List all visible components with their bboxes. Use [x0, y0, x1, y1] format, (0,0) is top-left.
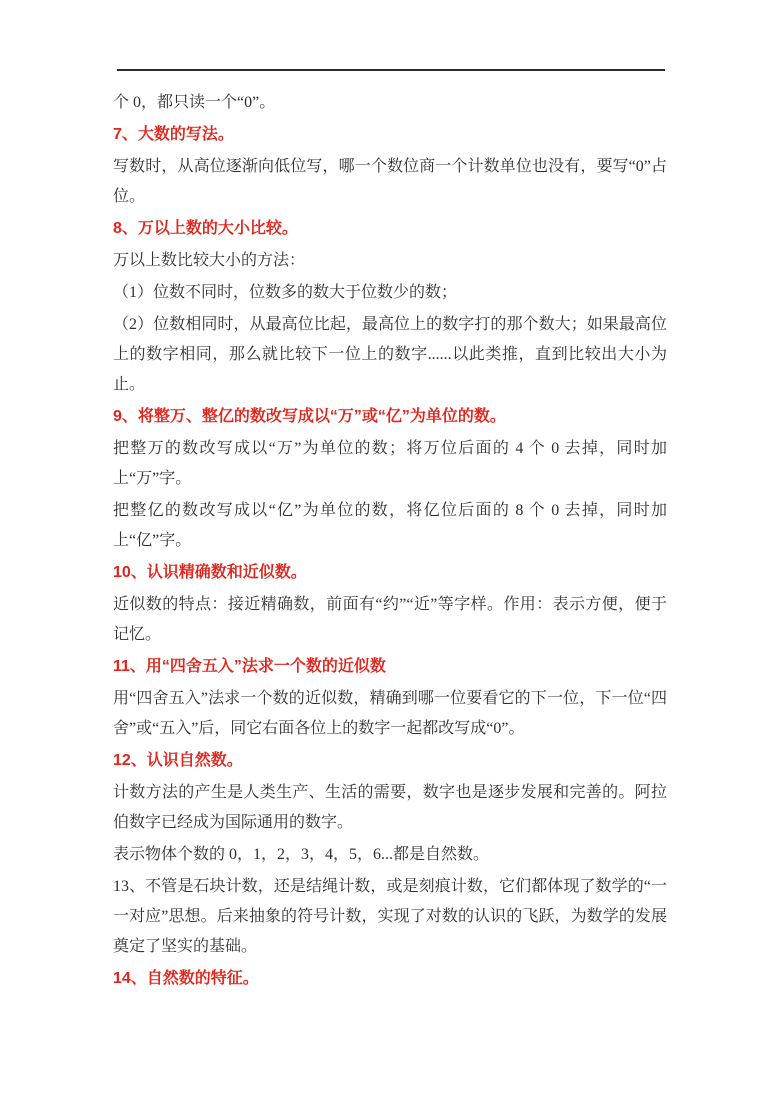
para-compare-rule-1: （1）位数不同时，位数多的数大于位数少的数；	[113, 278, 667, 308]
para-rounding-method: 用“四舍五入”法求一个数的近似数，精确到哪一位要看它的下一位，下一位“四舍”或“…	[113, 684, 667, 744]
document-page: 个 0，都只读一个“0”。 7、大数的写法。 写数时，从高位逐渐向低位写，哪一个…	[0, 0, 780, 1103]
para-approximate-numbers: 近似数的特点：接近精确数，前面有“约”“近”等字样。作用：表示方便，便于记忆。	[113, 590, 667, 650]
para-natural-numbers-list: 表示物体个数的 0，1，2，3，4，5，6...都是自然数。	[113, 840, 667, 870]
para-counting-history: 13、不管是石块计数，还是结绳计数，或是刻痕计数，它们都体现了数学的“一一对应”…	[113, 872, 667, 962]
heading-section-12: 12、认识自然数。	[113, 746, 667, 776]
para-compare-rule-2: （2）位数相同时，从最高位比起，最高位上的数字打的那个数大；如果最高位上的数字相…	[113, 310, 667, 400]
heading-section-14: 14、自然数的特征。	[113, 964, 667, 994]
top-divider	[117, 69, 665, 71]
para-rewrite-wan: 把整万的数改写成以“万”为单位的数；将万位后面的 4 个 0 去掉，同时加上“万…	[113, 434, 667, 494]
para-writing-big-numbers: 写数时，从高位逐渐向低位写，哪一个数位商一个计数单位也没有，要写“0”占位。	[113, 152, 667, 212]
heading-section-10: 10、认识精确数和近似数。	[113, 558, 667, 588]
para-rewrite-yi: 把整亿的数改写成以“亿”为单位的数，将亿位后面的 8 个 0 去掉，同时加上“亿…	[113, 496, 667, 556]
heading-section-8: 8、万以上数的大小比较。	[113, 214, 667, 244]
para-counting-origin: 计数方法的产生是人类生产、生活的需要，数字也是逐步发展和完善的。阿拉伯数字已经成…	[113, 778, 667, 838]
heading-section-11: 11、用“四舍五入”法求一个数的近似数	[113, 652, 667, 682]
para-compare-method-intro: 万以上数比较大小的方法：	[113, 246, 667, 276]
heading-section-9: 9、将整万、整亿的数改写成以“万”或“亿”为单位的数。	[113, 402, 667, 432]
document-content: 个 0，都只读一个“0”。 7、大数的写法。 写数时，从高位逐渐向低位写，哪一个…	[113, 88, 667, 996]
para-read-zero-rule: 个 0，都只读一个“0”。	[113, 88, 667, 118]
heading-section-7: 7、大数的写法。	[113, 120, 667, 150]
